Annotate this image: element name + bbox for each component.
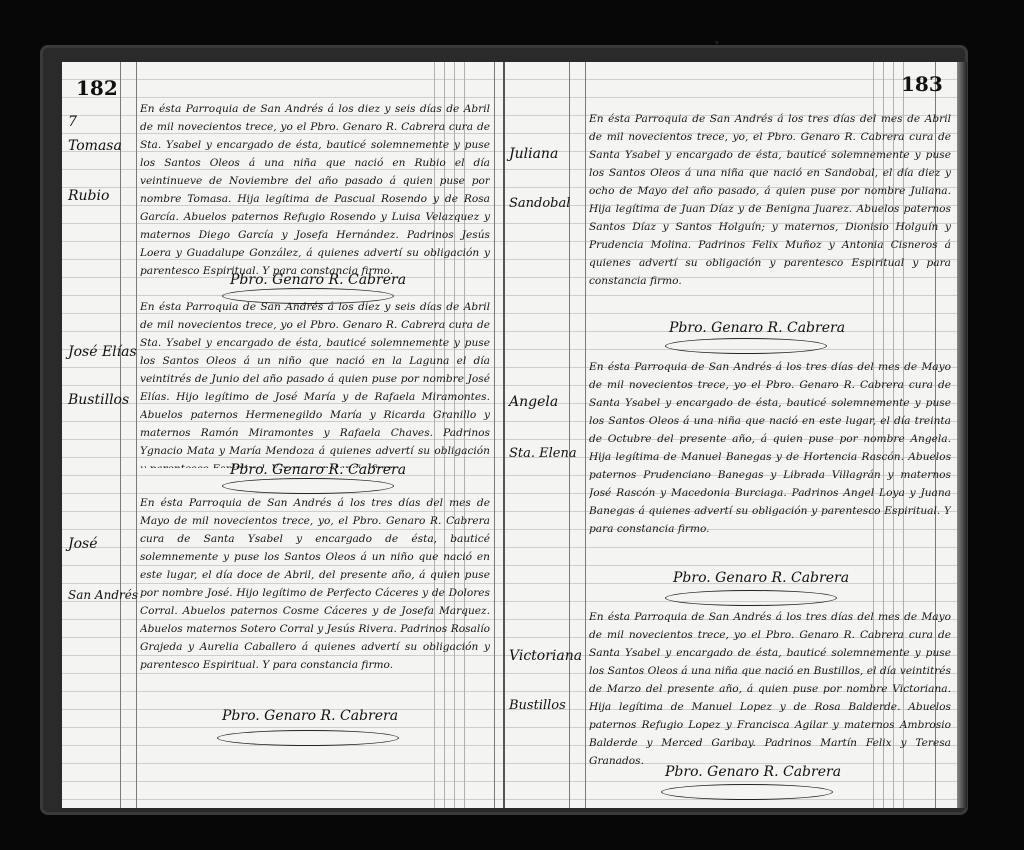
signature-flourish xyxy=(661,784,833,800)
priest-signature: Pbro. Genaro R. Cabrera xyxy=(222,708,398,724)
margin-place: Sta. Elena xyxy=(509,446,577,461)
entry-number: 7 xyxy=(68,114,77,130)
margin-name: Tomasa xyxy=(68,138,122,154)
margin-name: Juliana xyxy=(509,146,558,162)
page-number: 182 xyxy=(76,76,118,100)
priest-signature: Pbro. Genaro R. Cabrera xyxy=(665,764,841,780)
baptism-entry-text: En ésta Parroquia de San Andrés á los di… xyxy=(140,298,490,468)
signature-flourish xyxy=(665,590,837,606)
baptism-entry-text: En ésta Parroquia de San Andrés á los di… xyxy=(140,100,490,280)
baptism-entry-text: En ésta Parroquia de San Andrés á los tr… xyxy=(140,494,490,694)
margin-place: Bustillos xyxy=(68,392,129,408)
signature-flourish xyxy=(665,338,827,354)
left-page: 182 7 Tomasa Rubio En ésta Parroquia de … xyxy=(62,62,505,808)
priest-signature: Pbro. Genaro R. Cabrera xyxy=(230,272,406,288)
column-rule xyxy=(136,62,137,808)
margin-name: José xyxy=(68,536,98,552)
priest-signature: Pbro. Genaro R. Cabrera xyxy=(669,320,845,336)
signature-flourish xyxy=(222,478,394,494)
margin-place: Bustillos xyxy=(509,698,566,713)
baptism-entry-text: En ésta Parroquia de San Andrés á los tr… xyxy=(589,358,951,574)
margin-place: Rubio xyxy=(68,188,109,204)
margin-name: Victoriana xyxy=(509,648,582,664)
priest-signature: Pbro. Genaro R. Cabrera xyxy=(230,462,406,478)
baptism-entry-text: En ésta Parroquia de San Andrés á los tr… xyxy=(589,110,951,326)
column-rule xyxy=(494,62,495,808)
column-rule xyxy=(585,62,586,808)
margin-name: Angela xyxy=(509,394,558,410)
margin-place: Sandobal xyxy=(509,196,570,211)
column-rule xyxy=(120,62,121,808)
column-rule xyxy=(569,62,570,808)
margin-place: San Andrés xyxy=(68,588,138,602)
baptism-entry-text: En ésta Parroquia de San Andrés á los tr… xyxy=(589,608,951,770)
right-page: 183 Juliana Sandobal En ésta Parroquia d… xyxy=(505,62,957,808)
margin-name: José Elías xyxy=(68,344,137,360)
priest-signature: Pbro. Genaro R. Cabrera xyxy=(673,570,849,586)
page-edge xyxy=(957,62,967,808)
signature-flourish xyxy=(217,730,399,746)
page-number: 183 xyxy=(901,72,943,96)
